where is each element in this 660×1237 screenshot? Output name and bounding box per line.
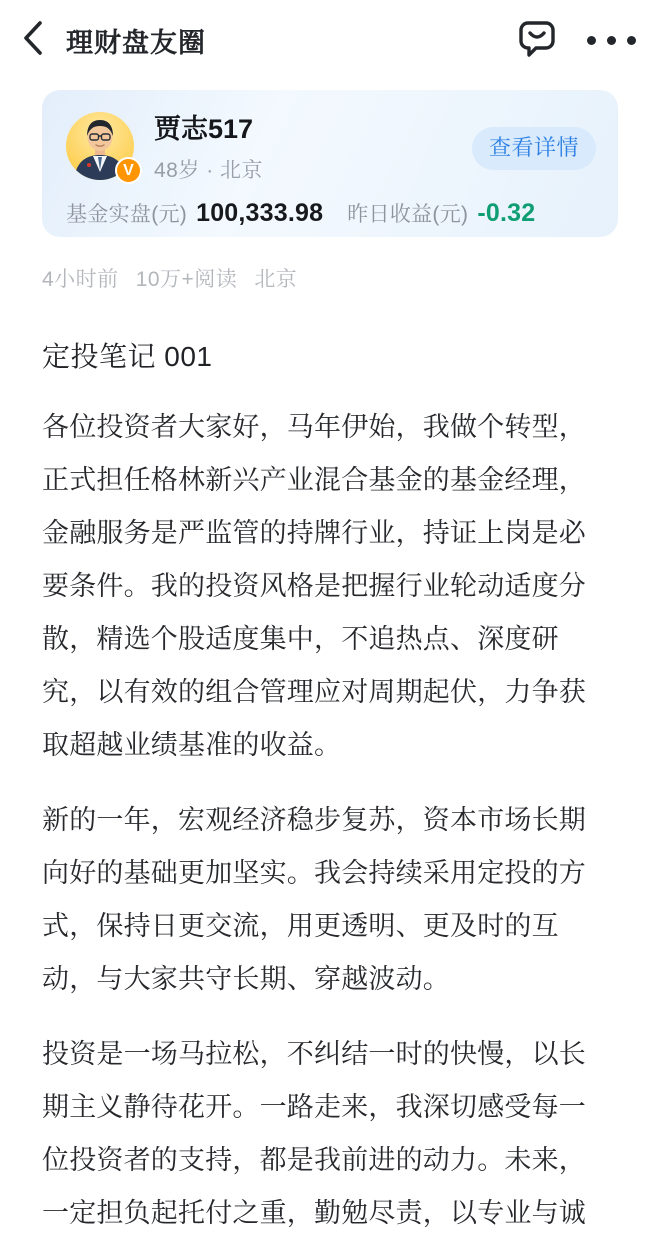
stat-yesterday-profit: 昨日收益(元) -0.32 — [347, 198, 535, 228]
top-bar: 理财盘友圈 — [0, 0, 660, 80]
article-paragraph: 投资是一场马拉松，不纠结一时的快慢，以长 期主义静待花开。一路走来，我深切感受每… — [42, 1028, 618, 1237]
user-name: 贾志517 — [154, 113, 263, 145]
view-details-button[interactable]: 查看详情 — [472, 127, 596, 170]
stat-value: 100,333.98 — [196, 199, 323, 228]
top-bar-actions — [517, 19, 636, 62]
message-button[interactable] — [517, 19, 557, 62]
avatar[interactable]: V — [66, 112, 134, 180]
post-read-count: 10万+阅读 — [136, 263, 238, 293]
profile-card-top: V 贾志517 48岁 · 北京 查看详情 — [66, 112, 596, 184]
page-title: 理财盘友圈 — [66, 21, 206, 60]
more-dots-icon — [587, 36, 636, 45]
post-meta: 4小时前 10万+阅读 北京 — [42, 263, 618, 293]
message-bubble-smile-icon — [517, 19, 557, 62]
stats-row: 基金实盘(元) 100,333.98 昨日收益(元) -0.32 — [66, 198, 596, 228]
post-article: 定投笔记 001 各位投资者大家好，马年伊始，我做个转型， 正式担任格林新兴产业… — [42, 337, 618, 1237]
profile-card[interactable]: V 贾志517 48岁 · 北京 查看详情 基金实盘(元) 100,333.98… — [42, 90, 618, 237]
stat-fund-holdings: 基金实盘(元) 100,333.98 — [66, 198, 323, 228]
stat-value-negative: -0.32 — [477, 199, 535, 228]
stat-label: 昨日收益(元) — [347, 198, 468, 228]
post-time: 4小时前 — [42, 263, 119, 293]
user-age-location: 48岁 · 北京 — [154, 154, 263, 184]
back-button[interactable] — [22, 20, 52, 60]
article-paragraph: 新的一年，宏观经济稳步复苏，资本市场长期 向好的基础更加坚实。我会持续采用定投的… — [42, 794, 618, 1006]
back-chevron-icon — [22, 19, 44, 62]
stat-label: 基金实盘(元) — [66, 198, 187, 228]
post-location: 北京 — [254, 263, 297, 293]
more-button[interactable] — [587, 36, 636, 45]
article-title: 定投笔记 001 — [42, 337, 618, 377]
verified-badge-icon: V — [115, 157, 142, 184]
article-paragraph: 各位投资者大家好，马年伊始，我做个转型， 正式担任格林新兴产业混合基金的基金经理… — [42, 401, 618, 772]
user-info: 贾志517 48岁 · 北京 — [154, 113, 263, 184]
